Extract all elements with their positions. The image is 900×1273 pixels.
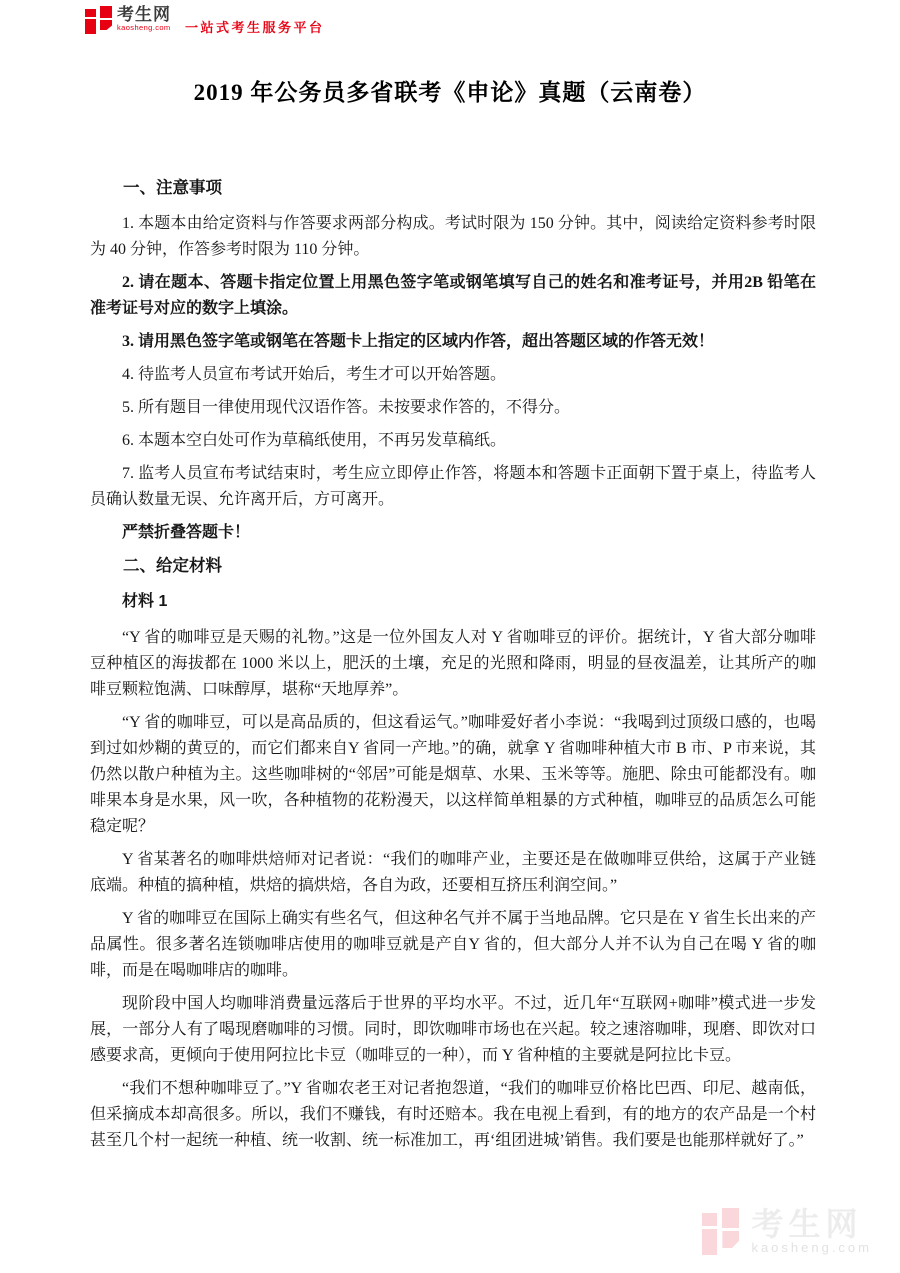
brand-text: 考生网 kaosheng.com xyxy=(117,6,171,32)
materials-heading: 二、给定材料 xyxy=(90,553,816,579)
notice-heading: 一、注意事项 xyxy=(90,175,816,201)
brand-name: 考生网 xyxy=(117,6,171,24)
kaosheng-watermark-icon xyxy=(702,1208,739,1255)
notice-item-7: 7. 监考人员宣布考试结束时，考生应立即停止作答，将题本和答题卡正面朝下置于桌上… xyxy=(90,461,816,513)
watermark-logo: 考生网 kaosheng.com xyxy=(702,1208,872,1255)
page-title: 2019 年公务员多省联考《申论》真题（云南卷） xyxy=(0,74,900,107)
watermark-brand-name: 考生网 xyxy=(751,1208,872,1240)
watermark-domain: kaosheng.com xyxy=(751,1240,872,1255)
kaosheng-logo-icon xyxy=(85,6,112,34)
notice-item-1: 1. 本题本由给定资料与作答要求两部分构成。考试时限为 150 分钟。其中，阅读… xyxy=(90,211,816,263)
material-paragraph: 现阶段中国人均咖啡消费量远落后于世界的平均水平。不过，近几年“互联网+咖啡”模式… xyxy=(90,991,816,1069)
material-paragraph: Y 省的咖啡豆在国际上确实有些名气，但这种名气并不属于当地品牌。它只是在 Y 省… xyxy=(90,906,816,984)
brand-tagline: 一站式考生服务平台 xyxy=(185,17,325,36)
document-page: 考生网 kaosheng.com 一站式考生服务平台 2019 年公务员多省联考… xyxy=(0,0,900,1273)
notice-warning: 严禁折叠答题卡！ xyxy=(90,520,816,546)
notice-item-6: 6. 本题本空白处可作为草稿纸使用，不再另发草稿纸。 xyxy=(90,428,816,454)
document-body: 一、注意事项 1. 本题本由给定资料与作答要求两部分构成。考试时限为 150 分… xyxy=(90,170,816,1161)
material-paragraph: “Y 省的咖啡豆，可以是高品质的，但这看运气。”咖啡爱好者小李说：“我喝到过顶级… xyxy=(90,710,816,840)
notice-item-2: 2. 请在题本、答题卡指定位置上用黑色签字笔或钢笔填写自己的姓名和准考证号，并用… xyxy=(90,270,816,322)
notice-item-5: 5. 所有题目一律使用现代汉语作答。未按要求作答的，不得分。 xyxy=(90,395,816,421)
material-paragraph: “Y 省的咖啡豆是天赐的礼物。”这是一位外国友人对 Y 省咖啡豆的评价。据统计，… xyxy=(90,625,816,703)
watermark-text: 考生网 kaosheng.com xyxy=(751,1208,872,1255)
notice-item-3: 3. 请用黑色签字笔或钢笔在答题卡上指定的区域内作答，超出答题区域的作答无效！ xyxy=(90,329,816,355)
material-paragraph: “我们不想种咖啡豆了。”Y 省咖农老王对记者抱怨道，“我们的咖啡豆价格比巴西、印… xyxy=(90,1076,816,1154)
material-1-label: 材料 1 xyxy=(90,589,816,615)
brand-domain: kaosheng.com xyxy=(117,24,171,32)
material-paragraph: Y 省某著名的咖啡烘焙师对记者说：“我们的咖啡产业，主要还是在做咖啡豆供给，这属… xyxy=(90,847,816,899)
site-logo: 考生网 kaosheng.com 一站式考生服务平台 xyxy=(85,6,325,36)
notice-item-4: 4. 待监考人员宣布考试开始后，考生才可以开始答题。 xyxy=(90,362,816,388)
